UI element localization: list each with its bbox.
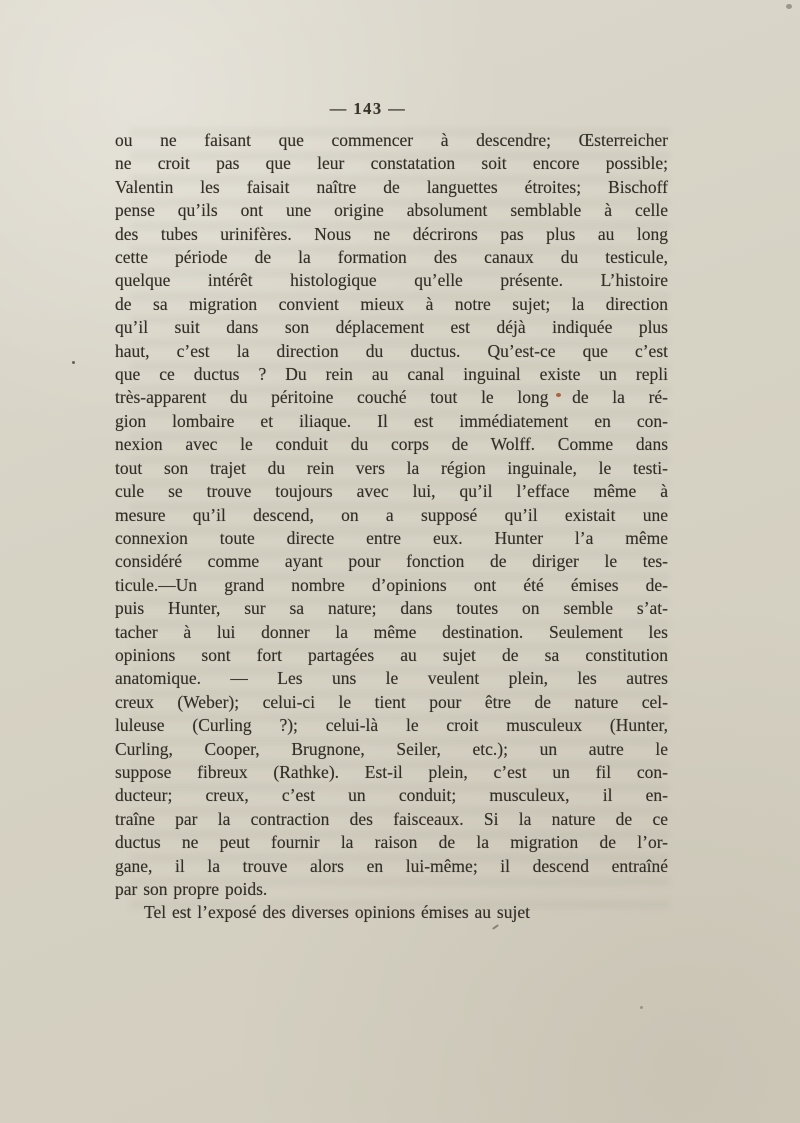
text-line: que ce ductus ? Du rein au canal inguina… bbox=[115, 363, 668, 386]
text-line: opinions sont fort partagées au sujet de… bbox=[115, 644, 668, 667]
text-line: nexion avec le conduit du corps de Wolff… bbox=[115, 433, 668, 456]
text-line: haut, c’est la direction du ductus. Qu’e… bbox=[115, 340, 668, 363]
text-line: creux (Weber); celui-ci le tient pour êt… bbox=[115, 691, 668, 714]
text-line: ductus ne peut fournir la raison de la m… bbox=[115, 831, 668, 854]
text-line: de sa migration convient mieux à notre s… bbox=[115, 293, 668, 316]
text-line: cette période de la formation des canaux… bbox=[115, 246, 668, 269]
text-line: Valentin les faisait naître de languette… bbox=[115, 176, 668, 199]
text-line: cule se trouve toujours avec lui, qu’il … bbox=[115, 480, 668, 503]
text-line: qu’il suit dans son déplacement est déjà… bbox=[115, 316, 668, 339]
text-line: Tel est l’exposé des diverses opinions é… bbox=[115, 901, 668, 924]
text-line: suppose fibreux (Rathke). Est-il plein, … bbox=[115, 761, 668, 784]
paper-speck-edge bbox=[786, 4, 792, 9]
text-line: quelque intérêt histologique qu’elle pré… bbox=[115, 269, 668, 292]
text-line: gion lombaire et iliaque. Il est immédia… bbox=[115, 410, 668, 433]
text-line: mesure qu’il descend, on a supposé qu’il… bbox=[115, 504, 668, 527]
page-number-header: — 143 — bbox=[92, 99, 644, 119]
text-line: ticule.—Un grand nombre d’opinions ont é… bbox=[115, 574, 668, 597]
text-line: tout son trajet du rein vers la région i… bbox=[115, 457, 668, 480]
text-line: puis Hunter, sur sa nature; dans toutes … bbox=[115, 597, 668, 620]
text-line: ou ne faisant que commencer à descendre;… bbox=[115, 129, 668, 152]
body-text: ou ne faisant que commencer à descendre;… bbox=[115, 129, 668, 925]
text-line: pense qu’ils ont une origine absolument … bbox=[115, 199, 668, 222]
text-line: traîne par la contraction des faisceaux.… bbox=[115, 808, 668, 831]
text-line: ne croit pas que leur constatation soit … bbox=[115, 152, 668, 175]
text-line: Curling, Cooper, Brugnone, Seiler, etc.)… bbox=[115, 738, 668, 761]
paper-speck-slash bbox=[492, 924, 499, 930]
text-line: connexion toute directe entre eux. Hunte… bbox=[115, 527, 668, 550]
paper-speck-gray bbox=[640, 1006, 643, 1009]
text-line: luleuse (Curling ?); celui-là le croit m… bbox=[115, 714, 668, 737]
text-line: gane, il la trouve alors en lui-même; il… bbox=[115, 855, 668, 878]
text-line: très-apparent du péritoine couché tout l… bbox=[115, 386, 668, 409]
text-line: ducteur; creux, c’est un conduit; muscul… bbox=[115, 784, 668, 807]
scanned-book-page: — 143 — ou ne faisant que commencer à de… bbox=[0, 0, 800, 1123]
paper-speck-ink bbox=[72, 361, 75, 364]
text-line: considéré comme ayant pour fonction de d… bbox=[115, 550, 668, 573]
text-line: par son propre poids. bbox=[115, 878, 668, 901]
text-line: des tubes urinifères. Nous ne décrirons … bbox=[115, 223, 668, 246]
text-line: tacher à lui donner la même destination.… bbox=[115, 621, 668, 644]
text-line: anatomique. — Les uns le veulent plein, … bbox=[115, 667, 668, 690]
